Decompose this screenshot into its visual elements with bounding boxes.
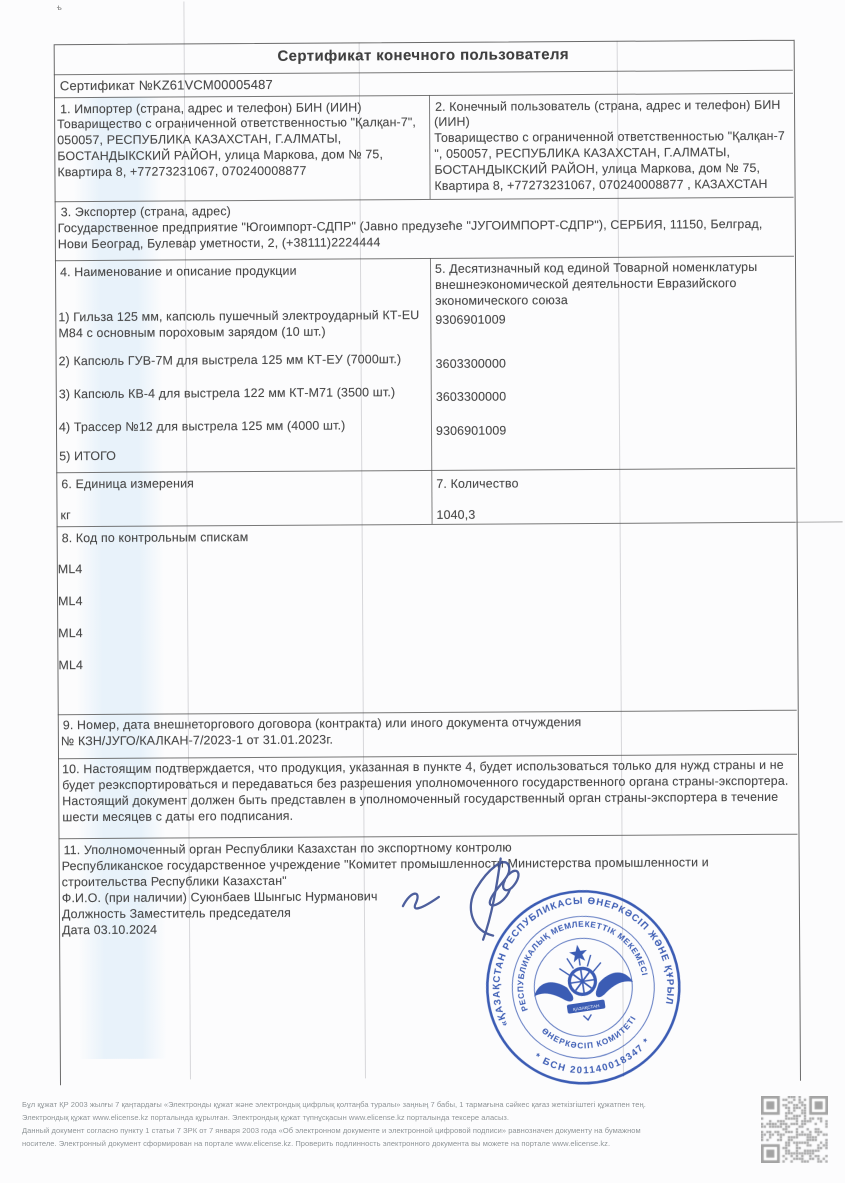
importer-body-line: Товарищество с ограниченной ответственно… [57, 115, 416, 133]
certificate-number: Сертификат №KZ61VCM00005487 [60, 77, 273, 94]
product-code: 3603300000 [436, 356, 507, 372]
footer-legal-line: Данный документ согласно пункту 1 статьи… [22, 1124, 760, 1137]
signer-position: Должность Заместитель председателя [62, 906, 291, 923]
end-user-header-line: 2. Конечный пользователь (страна, адрес … [435, 98, 781, 116]
code-col-header-line: 5. Десятизначный код единой Товарной ном… [435, 260, 757, 277]
end-user-body-line: Товарищество с ограниченной ответственно… [434, 129, 785, 147]
product-code: 3603300000 [436, 389, 507, 405]
end-user-body-line: ", 050057, РЕСПУБЛИКА КАЗАХСТАН, Г.АЛМАТ… [434, 145, 730, 162]
contract-number: № КЗН/JУГО/КАЛКАН-7/2023-1 от 31.01.2023… [61, 733, 333, 750]
table-line-overhang [796, 521, 843, 522]
end-user-header-line: (ИИН) [434, 115, 470, 131]
product-row: 4) Трассер №12 для выстрела 125 мм (4000… [59, 418, 346, 435]
svg-text:ӨНЕРКӘСІП КОМИТЕТІ: ӨНЕРКӘСІП КОМИТЕТІ [539, 1013, 642, 1057]
footer-legal-line: Бұл құжат ҚР 2003 жылғы 7 қаңтардағы «Эл… [22, 1098, 760, 1111]
control-list-code: ML4 [58, 562, 83, 578]
footer-legal-line: Электрондық құжат www.elicense.kz портал… [22, 1111, 760, 1124]
signing-date: Дата 03.10.2024 [62, 923, 157, 939]
control-list-code: ML4 [58, 594, 83, 610]
exporter-header: 3. Экспортер (страна, адрес) [61, 204, 231, 220]
product-row-total: 5) ИТОГО [59, 449, 116, 465]
importer-body-line: 050057, РЕСПУБЛИКА КАЗАХСТАН, Г.АЛМАТЫ, [57, 131, 341, 148]
certificate-sheet: Сертификат конечного пользователя Сертиф… [0, 0, 845, 1183]
product-row: 2) Капсюль ГУВ-7М для выстрела 125 мм КТ… [59, 352, 402, 369]
product-code: 9306901009 [436, 423, 507, 439]
importer-body-line: БОСТАНДЫКСКИЙ РАЙОН, улица Маркова, дом … [57, 147, 383, 164]
signer-name: Ф.И.О. (при наличии) Суюнбаев Шынгыс Нур… [62, 889, 378, 906]
product-code: 9306901009 [435, 312, 506, 328]
qr-code [761, 1096, 828, 1163]
unit-value: кг [60, 508, 70, 523]
stamp-committee-text: ӨНЕРКӘСІП КОМИТЕТІ [539, 1013, 642, 1057]
control-list-code: ML4 [58, 626, 83, 642]
code-col-header-line: экономического союза [435, 293, 568, 309]
importer-body-line: Квартира 8, +77273231067, 070240008877 [57, 164, 306, 181]
quantity-value: 1040,3 [436, 508, 475, 524]
unit-header: 6. Единица измерения [61, 476, 194, 492]
scanned-certificate-page: ·ь Сертификат конечного пользователя Сер… [0, 0, 845, 1183]
product-col-header: 4. Наименование и описание продукции [60, 264, 297, 281]
official-stamp: «ҚАЗАҚСТАН РЕСПУБЛИКАСЫ ӨНЕРКӘСІП ЖӘНЕ Қ… [466, 873, 705, 1104]
product-row: М84 с основным пороховым зарядом (10 шт.… [58, 325, 325, 342]
control-list-code: ML4 [58, 658, 83, 674]
end-user-body-line: Квартира 8, +77273231067, 070240008877 ,… [434, 177, 767, 194]
contract-header: 9. Номер, дата внешнеторгового договора … [63, 715, 582, 734]
code-col-header-line: внешнеэкономической деятельности Евразий… [435, 276, 736, 293]
product-row: 3) Капсюль КВ-4 для выстрела 122 мм КТ-М… [59, 385, 396, 402]
quantity-header: 7. Количество [436, 476, 518, 492]
declaration-line: шести месяцев с даты его подписания. [62, 809, 293, 826]
product-row: 1) Гильза 125 мм, капсюль пушечный элект… [58, 308, 419, 326]
exporter-body-line: Нови Београд, Булевар уметности, 2, (+38… [58, 235, 381, 252]
footer-legal-line: носителе. Электронный документ сформиров… [22, 1137, 760, 1150]
stamp-emblem [528, 938, 638, 1028]
end-user-body-line: БОСТАНДЫКСКИЙ РАЙОН, улица Маркова, дом … [434, 161, 760, 178]
authority-line: строительства Республики Казахстан" [62, 874, 287, 891]
control-list-header: 8. Код по контрольным спискам [62, 530, 249, 547]
